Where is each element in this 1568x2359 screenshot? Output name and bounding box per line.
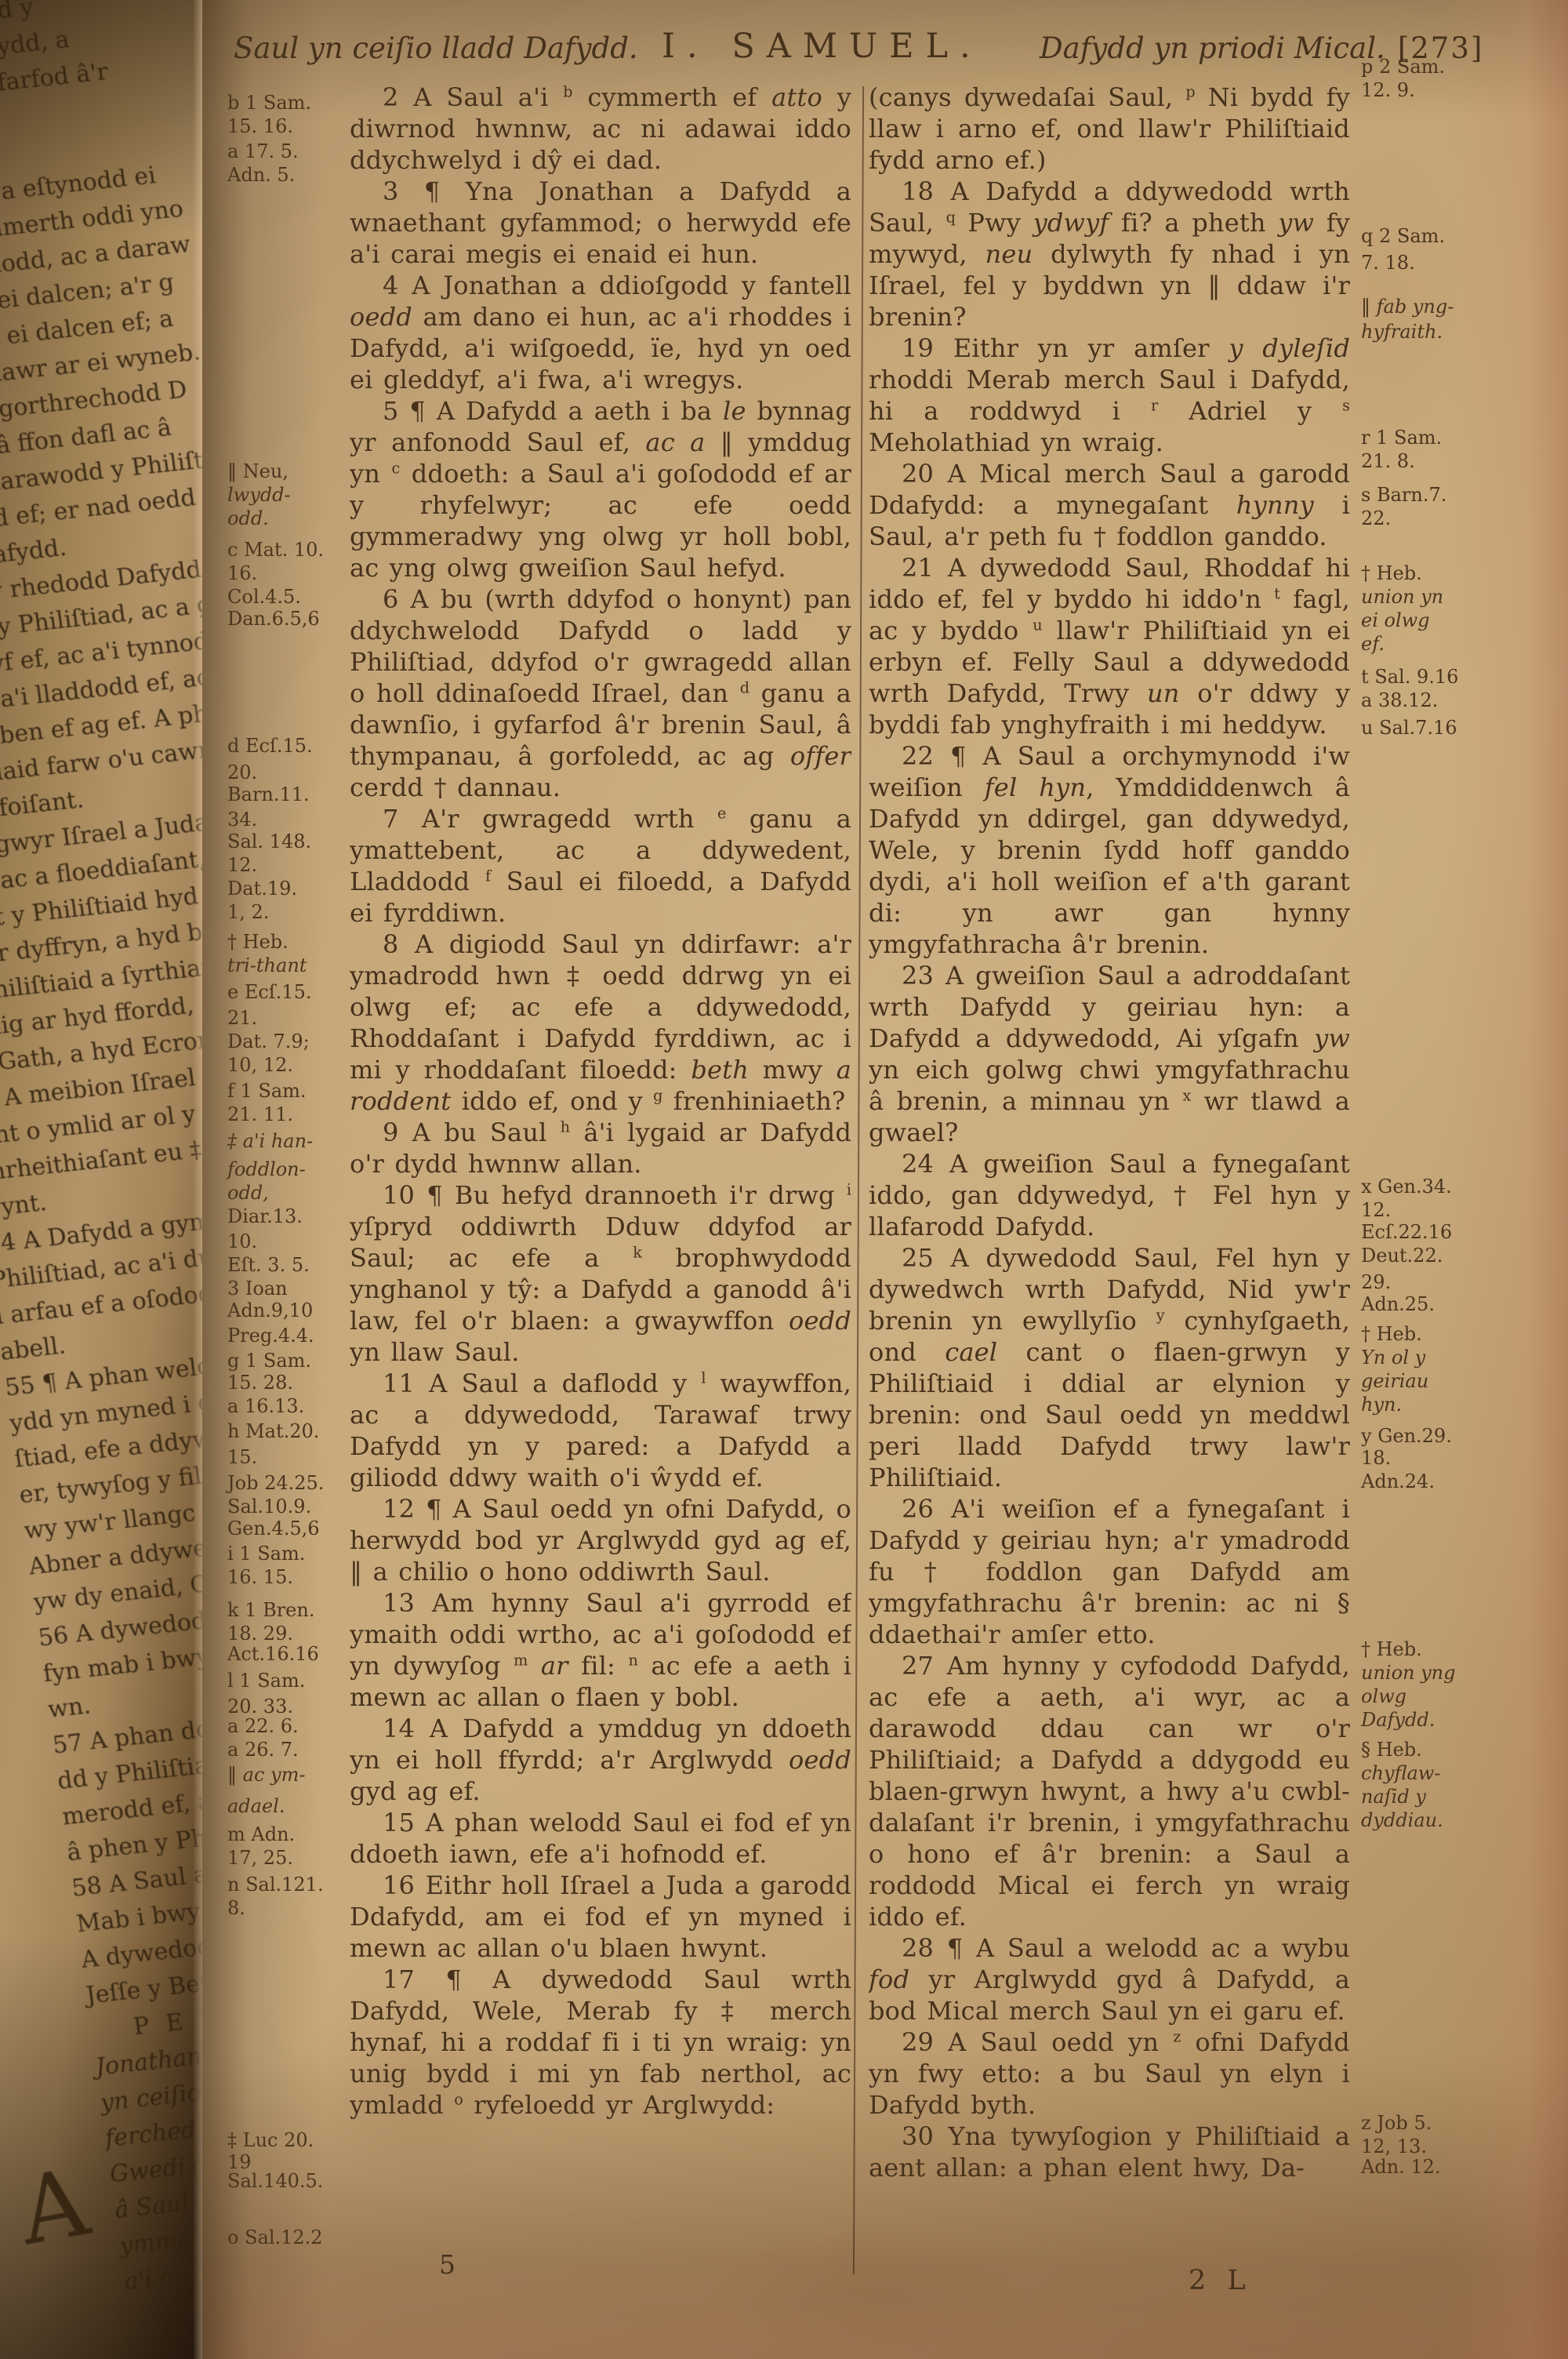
margin-note: n Sal.121. (227, 1874, 324, 1895)
margin-note: Deut.22. (1361, 1245, 1443, 1266)
verse: 27 Am hynny y cyfododd Dafydd, ac efe a … (869, 1650, 1350, 1932)
margin-note: Col.4.5. (227, 587, 301, 607)
margin-note: Preg.4.4. (227, 1325, 314, 1346)
margin-note: u Sal.7.16 (1361, 718, 1457, 738)
verse: 19 Eithr yn yr amſer y dyleſid rhoddi Me… (869, 333, 1350, 458)
margin-note: olwg (1361, 1686, 1406, 1707)
margin-note: hyfraith. (1361, 322, 1443, 342)
signature-mark-left: 5 (439, 2249, 456, 2280)
margin-note: † Heb. (1361, 563, 1422, 583)
verse: 13 Am hynny Saul a'i gyrrodd ef ymaith o… (350, 1587, 851, 1713)
margin-note: 18. 29. (227, 1623, 293, 1644)
margin-note: † Heb. (1361, 1324, 1422, 1344)
verse: 21 A dywedodd Saul, Rhoddaf hi iddo ef, … (869, 552, 1350, 740)
verse: 9 A bu Saul h â'i lygaid ar Dafydd o'r d… (350, 1117, 851, 1179)
running-title-left: Saul yn ceiſio lladd Dafydd. (234, 31, 638, 65)
book-gutter-previous-page: neſau i gyfarfod yy bryfiodd Dafydd, aa'… (0, 0, 216, 2359)
verse: 24 A gweiſion Saul a fynegaſant iddo, ga… (869, 1148, 1350, 1242)
margin-note: 1, 2. (227, 902, 269, 922)
verse: 28 ¶ A Saul a welodd ac a wybu fod yr Ar… (869, 1932, 1350, 2026)
margin-note: Ecſ.22.16 (1361, 1222, 1452, 1242)
margin-note: odd. (227, 508, 269, 529)
margin-note: h Mat.20. (227, 1421, 319, 1441)
margin-note: k 1 Bren. (227, 1600, 314, 1620)
margin-note: ‡ a'i han- (227, 1131, 313, 1151)
margin-note: a 26. 7. (227, 1739, 299, 1760)
margin-note: a 22. 6. (227, 1716, 299, 1736)
margin-note: 7. 18. (1361, 253, 1415, 273)
margin-note: 21. (227, 1008, 257, 1028)
margin-note: 12. (227, 855, 257, 875)
margin-note: ‖ fab yng- (1361, 296, 1454, 317)
margin-note: 29. (1361, 1272, 1391, 1292)
margin-note: Dat.19. (227, 878, 297, 899)
margin-note: r 1 Sam. (1361, 427, 1442, 448)
margin-note: lwydd- (227, 485, 291, 505)
margin-note: 21. 8. (1361, 451, 1415, 471)
margin-note: 34. (227, 809, 257, 830)
verse: 26 A'i weiſion ef a fynegaſant i Dafydd … (869, 1493, 1350, 1650)
verse: 15 A phan welodd Saul ei fod ef yn ddoet… (350, 1807, 851, 1870)
margin-note: tri-thant (227, 955, 307, 976)
margin-note: union yn (1361, 587, 1443, 607)
verse: 18 A Dafydd a ddywedodd wrth Saul, q Pwy… (869, 176, 1350, 333)
margin-note: ei olwg (1361, 610, 1430, 631)
margin-note: geiriau (1361, 1371, 1428, 1391)
margin-note: 10, 12. (227, 1055, 293, 1075)
verse-continuation: (canys dywedaſai Saul, p Ni bydd fy llaw… (869, 82, 1350, 176)
verse: 20 A Mical merch Saul a garodd Ddafydd: … (869, 458, 1350, 552)
margin-note: 10. (227, 1231, 257, 1252)
bible-page: Saul yn ceiſio lladd Dafydd. I. SAMUEL. … (202, 0, 1568, 2359)
margin-note: † Heb. (1361, 1639, 1422, 1659)
margin-note: Dan.6.5,6 (227, 609, 320, 629)
margin-note: naſid y (1361, 1787, 1426, 1807)
text-column-left: 2 A Saul a'i b cymmerth ef atto y diwrno… (350, 82, 851, 2270)
margin-note: 15. 28. (227, 1372, 293, 1393)
margin-note: Sal.140.5. (227, 2171, 323, 2191)
verse: 25 A dywedodd Saul, Fel hyn y dywedwch w… (869, 1242, 1350, 1493)
column-divider-rule (853, 86, 864, 2274)
margin-note: 8. (227, 1898, 245, 1918)
margin-note: Yn ol y (1361, 1347, 1425, 1368)
margin-note: dyddiau. (1361, 1810, 1443, 1830)
verse: 16 Eithr holl Iſrael a Juda a garodd Dda… (350, 1870, 851, 1964)
margin-note: 15. (227, 1447, 257, 1467)
margin-note: e Ecſ.15. (227, 982, 311, 1002)
margin-note: ‖ ac ym- (227, 1765, 305, 1785)
signature-mark-right: 2 L (1189, 2265, 1252, 2296)
margin-note: odd, (227, 1183, 269, 1203)
verse: 5 ¶ A Dafydd a aeth i ba le bynnag yr an… (350, 395, 851, 583)
margin-note: s Barn.7. (1361, 485, 1446, 505)
margin-note: l 1 Sam. (227, 1670, 305, 1691)
margin-note: ef. (1361, 634, 1385, 654)
margin-note: Gen.4.5,6 (227, 1518, 320, 1539)
margin-note: a 16.13. (227, 1396, 304, 1416)
margin-note: z Job 5. (1361, 2113, 1432, 2133)
margin-note: d Ecſ.15. (227, 736, 313, 756)
margin-note: Adn.24. (1361, 1471, 1435, 1492)
margin-note: Adn. 12. (1361, 2157, 1441, 2177)
margin-note: m Adn. (227, 1824, 295, 1845)
verse: 22 ¶ A Saul a orchymynodd i'w weiſion fe… (869, 740, 1350, 960)
margin-note: 20. (227, 762, 257, 783)
margin-note: g 1 Sam. (227, 1350, 311, 1371)
verse: 8 A digiodd Saul yn ddirfawr: a'r ymadro… (350, 929, 851, 1117)
verse: 10 ¶ Bu hefyd drannoeth i'r drwg i yſpry… (350, 1179, 851, 1368)
margin-note: Dat. 7.9; (227, 1031, 310, 1052)
margin-note: union yng (1361, 1663, 1456, 1683)
verse: 12 ¶ A Saul oedd yn ofni Dafydd, o herwy… (350, 1493, 851, 1587)
verse: 29 A Saul oedd yn z ofni Dafydd yn fwy e… (869, 2026, 1350, 2121)
previous-page-drop-cap: A (12, 2148, 96, 2266)
running-title-right-text: Dafydd yn priodi Mical. (1040, 31, 1385, 65)
margin-note: c Mat. 10. (227, 540, 324, 560)
margin-note: Sal.10.9. (227, 1496, 311, 1517)
margin-note: 20. 33. (227, 1696, 293, 1717)
margin-note: o Sal.12.2 (227, 2227, 323, 2248)
margin-note: 17, 25. (227, 1848, 293, 1868)
verse: 14 A Dafydd a ymddug yn ddoeth yn ei hol… (350, 1713, 851, 1807)
margin-note: Job 24.25. (227, 1473, 324, 1493)
margin-note: a 38.12. (1361, 690, 1438, 711)
margin-note: Adn.25. (1361, 1294, 1435, 1314)
verse: 11 A Saul a daflodd y l waywffon, ac a d… (350, 1368, 851, 1493)
verse: 7 A'r gwragedd wrth e ganu a ymattebent,… (350, 803, 851, 929)
margin-note: 12. (1361, 1200, 1391, 1220)
verse: 3 ¶ Yna Jonathan a Dafydd a wnaethant gy… (350, 176, 851, 270)
margin-note: 18. (1361, 1448, 1391, 1468)
margin-note: q 2 Sam. (1361, 226, 1445, 246)
margin-note: 16. 15. (227, 1567, 293, 1587)
margin-note: i 1 Sam. (227, 1543, 305, 1564)
verse: 30 Yna tywyſogion y Philiſtiaid a aent a… (869, 2121, 1350, 2183)
margin-note: f 1 Sam. (227, 1081, 307, 1101)
margin-note: a 17. 5. (227, 141, 299, 162)
margin-note: Adn.9,10 (227, 1300, 313, 1321)
text-column-right: (canys dywedaſai Saul, p Ni bydd fy llaw… (869, 82, 1350, 2270)
margin-note: 3 Ioan (227, 1278, 288, 1299)
verse: 6 A bu (wrth ddyfod o honynt) pan ddychw… (350, 583, 851, 803)
margin-note: 21. 11. (227, 1104, 293, 1125)
margin-note: ‡ Luc 20. (227, 2130, 314, 2150)
margin-note: 16. (227, 563, 257, 583)
margin-note: hyn. (1361, 1394, 1402, 1415)
margin-note: Diar.13. (227, 1206, 303, 1227)
verse: 4 A Jonathan a ddioſgodd y fantell oedd … (350, 270, 851, 395)
previous-page-text-fragments: neſau i gyfarfod yy bryfiodd Dafydd, aa'… (0, 0, 216, 2300)
photographed-bible-page: { "header": { "left_running_title": "Sau… (0, 0, 1568, 2359)
margin-note: Sal. 148. (227, 831, 311, 852)
book-title: I. SAMUEL. (662, 27, 982, 66)
margin-note: § Heb. (1361, 1739, 1422, 1760)
margin-note: x Gen.34. (1361, 1176, 1452, 1197)
verse: 23 A gweiſion Saul a adroddaſant wrth Da… (869, 960, 1350, 1148)
margin-note: y Gen.29. (1361, 1426, 1452, 1446)
margin-note: 12, 13. (1361, 2136, 1427, 2157)
margin-note: b 1 Sam. (227, 93, 311, 113)
margin-note: Act.16.16 (227, 1644, 319, 1664)
verse: 17 ¶ A dywedodd Saul wrth Dafydd, Wele, … (350, 1964, 851, 2121)
margin-note: 15. 16. (227, 116, 293, 136)
margin-note: 22. (1361, 508, 1391, 529)
margin-note: t Sal. 9.16 (1361, 667, 1458, 687)
margin-note: † Heb. (227, 932, 289, 952)
margin-note: Adn. 5. (227, 165, 295, 185)
verse: 2 A Saul a'i b cymmerth ef atto y diwrno… (350, 82, 851, 176)
margin-note: adael. (227, 1796, 285, 1816)
margin-note: p 2 Sam. (1361, 56, 1445, 77)
margin-note: 12. 9. (1361, 80, 1415, 100)
margin-note: chyflaw- (1361, 1763, 1440, 1783)
margin-note: Dafydd. (1361, 1710, 1435, 1730)
margin-note: ‖ Neu, (227, 461, 289, 482)
margin-note: Barn.11. (227, 784, 310, 805)
margin-note: Eſt. 3. 5. (227, 1255, 310, 1275)
margin-note: foddlon- (227, 1159, 306, 1179)
